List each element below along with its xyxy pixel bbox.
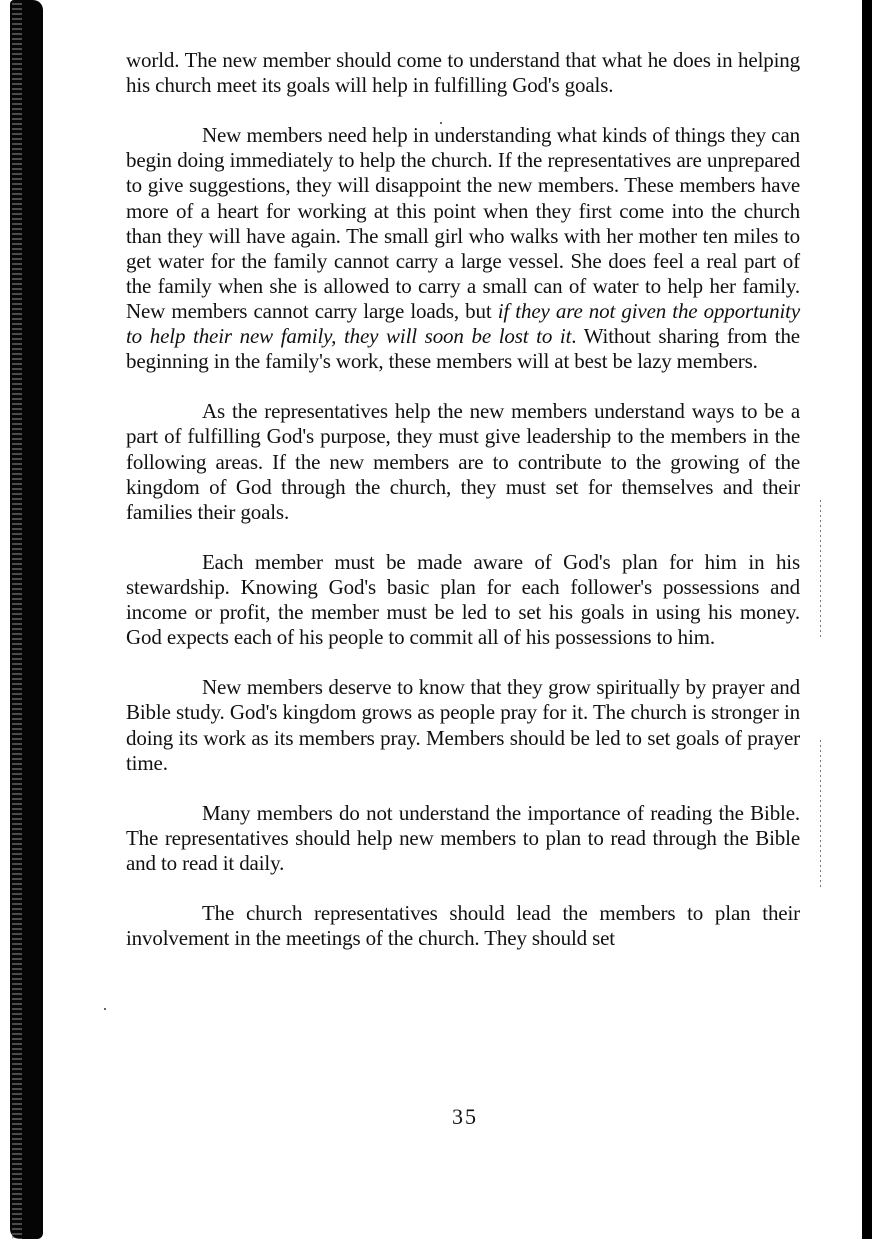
scan-edge-right	[862, 0, 872, 1239]
paragraph: world. The new member should come to und…	[126, 48, 800, 98]
scan-binding-edge-left	[10, 0, 43, 1239]
paragraph-text: The church representatives should lead t…	[126, 901, 800, 950]
scan-margin-artifact	[820, 500, 821, 640]
paragraph-text: As the representatives help the new memb…	[126, 399, 800, 523]
paragraph-text: New members need help in understanding w…	[126, 123, 800, 323]
page-number: 35	[0, 1104, 872, 1130]
paragraph: New members deserve to know that they gr…	[126, 675, 800, 775]
paragraph: The church representatives should lead t…	[126, 901, 800, 951]
scan-speck	[104, 1008, 106, 1010]
paragraph-text: Each member must be made aware of God's …	[126, 550, 800, 649]
paragraph: Many members do not understand the impor…	[126, 801, 800, 876]
scan-margin-artifact	[820, 740, 821, 890]
paragraph: Each member must be made aware of God's …	[126, 550, 800, 650]
paragraph-text: New members deserve to know that they gr…	[126, 675, 800, 774]
paragraph-text: Many members do not understand the impor…	[126, 801, 800, 875]
paragraph: As the representatives help the new memb…	[126, 399, 800, 524]
paragraph-text: world. The new member should come to und…	[126, 48, 800, 97]
page-body: world. The new member should come to und…	[126, 48, 800, 951]
scan-edge-noise	[12, 0, 22, 1239]
paragraph: New members need help in understanding w…	[126, 123, 800, 374]
